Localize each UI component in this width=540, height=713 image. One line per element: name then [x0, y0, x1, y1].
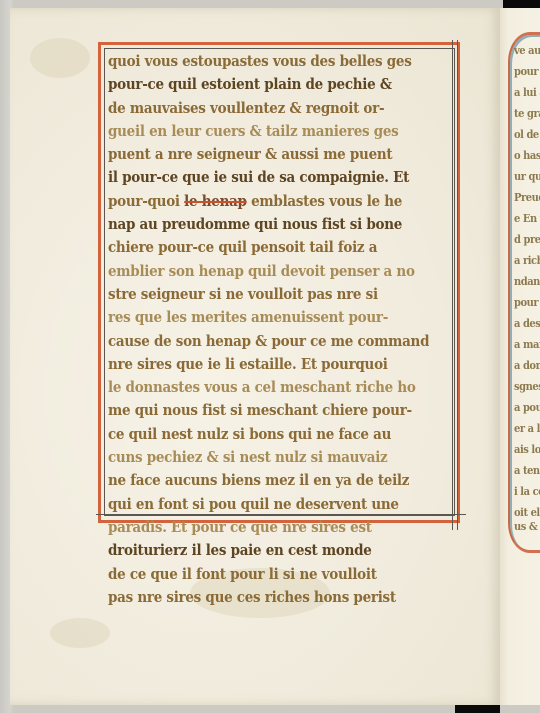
text-line: le donnastes vous a cel meschant riche h… — [108, 376, 429, 399]
text-line: qui en font si pou quil ne deservent une — [108, 493, 429, 516]
text-line: nre sires que ie li estaille. Et pourquo… — [108, 353, 429, 376]
facing-text-line: a mandi — [514, 338, 540, 351]
facing-text-line: e En t — [514, 212, 540, 225]
text-line: paradis. Et pour ce que nre sires est — [108, 516, 429, 539]
facing-text-line: ve au — [514, 44, 540, 57]
facing-text-line: er a la — [514, 422, 540, 435]
facing-text-line: ur qui — [514, 170, 540, 183]
scan-corner-mask — [455, 705, 500, 713]
text-line: stre seigneur si ne voulloit pas nre si — [108, 283, 429, 306]
parchment-stain — [30, 38, 90, 78]
facing-text-line: sgnes qu — [514, 380, 540, 393]
text-line: res que les merites amenuissent pour- — [108, 306, 429, 329]
facing-text-line: oit elle d — [514, 506, 540, 519]
text-line-with-cancellation: pour-quoi le henap emblastes vous le he — [108, 190, 429, 213]
text-line: chiere pour-ce quil pensoit tail foiz a — [108, 236, 429, 259]
facing-text-line: ol de sa — [514, 128, 540, 141]
text-line: gueil en leur cuers & tailz manieres ges — [108, 120, 429, 143]
facing-text-line: o hastenu — [514, 149, 540, 162]
text-line: ne face aucuns biens mez il en ya de tei… — [108, 469, 429, 492]
text-line: cuns pechiez & si nest nulz si mauvaiz — [108, 446, 429, 469]
facing-text-line: a donne — [514, 359, 540, 372]
cancelled-word: le henap — [184, 193, 247, 210]
facing-text-line: a pour — [514, 401, 540, 414]
ruling-line — [457, 40, 458, 530]
facing-text-line: d preud — [514, 233, 540, 246]
text-line: ce quil nest nulz si bons qui ne face au — [108, 423, 429, 446]
facing-text-line: a tenon — [514, 464, 540, 477]
facing-text-line: pour ce — [514, 296, 540, 309]
text-line: pour-ce quil estoient plain de pechie & — [108, 73, 429, 96]
parchment-stain — [50, 618, 110, 648]
text-line: quoi vous estoupastes vous des belles ge… — [108, 50, 429, 73]
text-line: de mauvaises voullentez & regnoit or- — [108, 97, 429, 120]
text-segment: emblastes vous le he — [247, 193, 402, 210]
text-line: nap au preudomme qui nous fist si bone — [108, 213, 429, 236]
facing-text-line: us & ave — [514, 520, 540, 533]
facing-text-line: Preudom — [514, 191, 540, 204]
manuscript-page-right-edge: ve au pour ce a lui a te grant ol de sa … — [500, 8, 540, 705]
text-line: de ce que il font pour li si ne voulloit — [108, 563, 429, 586]
facing-text-line: a destall — [514, 317, 540, 330]
text-line: droiturierz il les paie en cest monde — [108, 539, 429, 562]
text-line: emblier son henap quil devoit penser a n… — [108, 260, 429, 283]
text-line: cause de son henap & pour ce me commanda — [108, 330, 429, 353]
facing-text-line: pour ce — [514, 65, 540, 78]
facing-text-line: ndance — [514, 275, 540, 288]
facing-text-line: a lui a — [514, 86, 540, 99]
text-line: il pour-ce que ie sui de sa compaignie. … — [108, 166, 429, 189]
facing-text-line: te grant — [514, 107, 540, 120]
manuscript-text-block: quoi vous estoupastes vous des belles ge… — [108, 50, 453, 609]
facing-text-line: ais lone — [514, 443, 540, 456]
text-line: me qui nous fist si meschant chiere pour… — [108, 399, 429, 422]
facing-text-line: a richa — [514, 254, 540, 267]
facing-text-line: i la comm — [514, 485, 540, 498]
text-segment: pour-quoi — [108, 193, 184, 210]
text-line: puent a nre seigneur & aussi me puent — [108, 143, 429, 166]
text-line: pas nre sires que ces riches hons perist — [108, 586, 429, 609]
